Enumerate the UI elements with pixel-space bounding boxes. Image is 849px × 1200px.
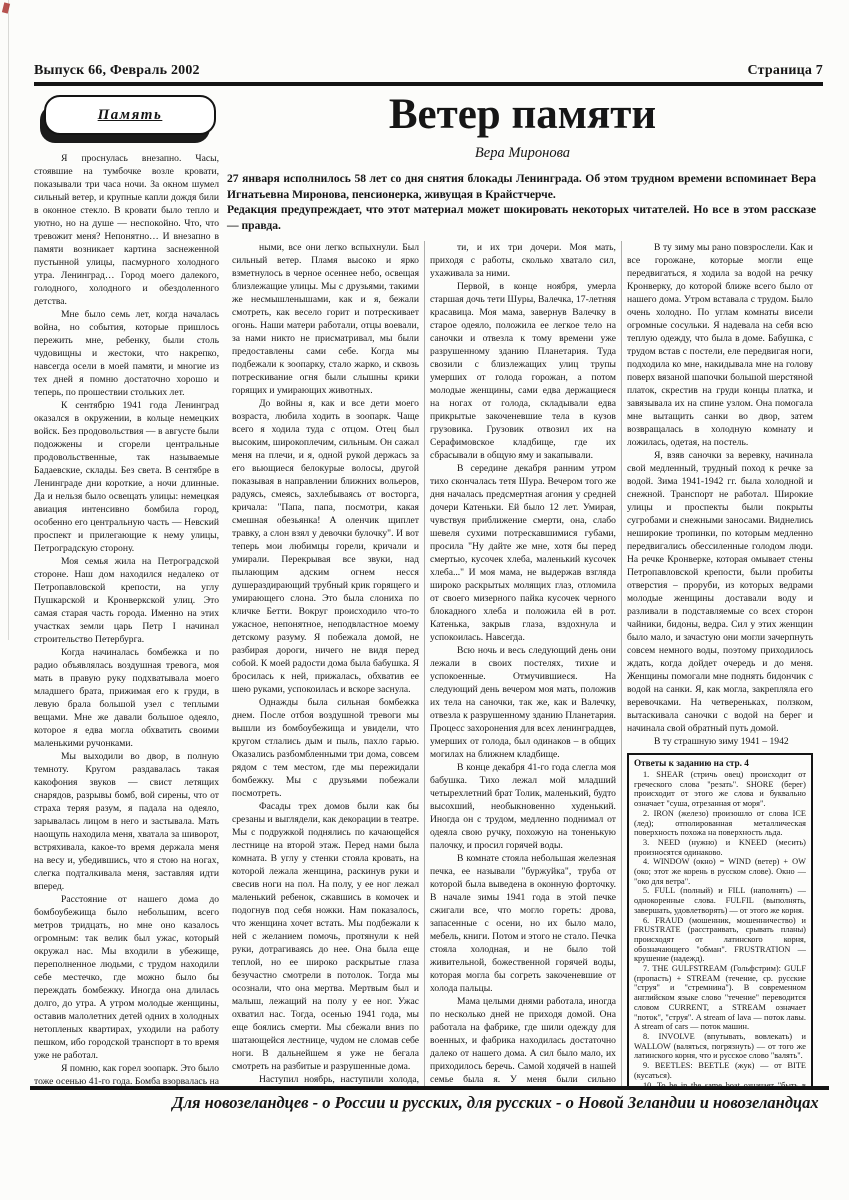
paragraph: Первой, в конце ноября, умерла старшая д… (430, 280, 616, 462)
paragraph: В середине декабря ранним утром тихо ско… (430, 462, 616, 644)
issue-label: Выпуск 66, Февраль 2002 (34, 63, 200, 79)
column-1: Память Я проснулась внезапно. Часы, стоя… (34, 92, 224, 1088)
paragraph: Мама целыми днями работала, иногда по не… (430, 995, 616, 1088)
paragraph: 1. SHEAR (стричь овец) происходит от гре… (634, 770, 806, 809)
body-columns: ными, все они легко вспыхнули. Был сильн… (227, 241, 818, 1088)
paragraph: 3. NEED (нужно) и KNEED (месить) произно… (634, 838, 806, 857)
paragraph: Мне было семь лет, когда началась война,… (34, 308, 219, 399)
paragraph: Фасады трех домов были как бы срезаны и … (232, 800, 419, 1073)
article-area: Ветер памяти Вера Миронова 27 января исп… (227, 92, 818, 1088)
answers-box: Ответы к заданию на стр. 4 1. SHEAR (стр… (627, 753, 813, 1088)
section-badge-label: Память (98, 107, 163, 124)
column-4: В ту зиму мы рано повзрослели. Как и все… (621, 241, 818, 1088)
article-byline: Вера Миронова (227, 145, 818, 162)
paragraph: ти, и их три дочери. Моя мать, приходя с… (430, 241, 616, 280)
paragraph: В ту страшную зиму 1941 – 1942 (627, 735, 813, 748)
paragraph: Я помню, как горел зоопарк. Это было тож… (34, 1062, 219, 1088)
paragraph: 4. WINDOW (окно) = WIND (ветер) + OW (ок… (634, 857, 806, 886)
newspaper-page: Выпуск 66, Февраль 2002 Страница 7 Памят… (0, 0, 849, 1200)
paragraph: К сентябрю 1941 года Ленинград оказался … (34, 399, 219, 555)
paragraph: 7. THE GULFSTREAM (Гольфстрим): GULF (пр… (634, 964, 806, 1032)
answers-box-title: Ответы к заданию на стр. 4 (634, 758, 806, 768)
paragraph: В конце декабря 41-го года слегла моя ба… (430, 761, 616, 852)
page-header: Выпуск 66, Февраль 2002 Страница 7 (34, 63, 823, 86)
page-content: Память Я проснулась внезапно. Часы, стоя… (34, 92, 818, 1088)
paragraph: 27 января исполнилось 58 лет со дня снят… (227, 171, 816, 202)
paragraph: 5. FULL (полный) и FILL (наполнять) — од… (634, 886, 806, 915)
paragraph: Я проснулась внезапно. Часы, стоявшие на… (34, 152, 219, 308)
page-number-label: Страница 7 (748, 63, 823, 79)
page-footer-slogan: Для новозеландцев - о России и русских, … (170, 1093, 821, 1113)
paragraph: 8. INVOLVE (впутывать, вовлекать) и WALL… (634, 1032, 806, 1061)
paragraph: Всю ночь и весь следующий день они лежал… (430, 644, 616, 761)
paragraph: Когда начиналась бомбежка и по радио объ… (34, 646, 219, 750)
article-title: Ветер памяти (227, 92, 818, 138)
answers-list: 1. SHEAR (стричь овец) происходит от гре… (634, 770, 806, 1088)
column-1-text: Я проснулась внезапно. Часы, стоявшие на… (34, 152, 219, 1088)
paragraph: 9. BEETLES: BEETLE (жук) — от BITE (куса… (634, 1061, 806, 1080)
paragraph: 6. FRAUD (мошенник, мошенничество) и FRU… (634, 916, 806, 965)
footer-rule (30, 1086, 829, 1090)
column-2: ными, все они легко вспыхнули. Был сильн… (227, 241, 424, 1088)
article-intro: 27 января исполнилось 58 лет со дня снят… (227, 171, 816, 233)
section-badge: Память (44, 95, 216, 135)
paragraph: 2. IRON (железо) произошло от слова ICE … (634, 809, 806, 838)
column-4-text: В ту зиму мы рано повзрослели. Как и все… (627, 241, 813, 748)
paragraph: ными, все они легко вспыхнули. Был сильн… (232, 241, 419, 397)
paragraph: Редакция предупреждает, что этот материа… (227, 202, 816, 233)
paragraph: Расстояние от нашего дома до бомбоубежищ… (34, 893, 219, 1062)
paragraph: Мы выходили во двор, в полную темноту. К… (34, 750, 219, 893)
paragraph: В комнате стояла небольшая железная печк… (430, 852, 616, 995)
paragraph: Однажды была сильная бомбежка днем. Посл… (232, 696, 419, 800)
paragraph: До войны я, как и все дети моего возраст… (232, 397, 419, 696)
column-3: ти, и их три дочери. Моя мать, приходя с… (424, 241, 621, 1088)
paragraph: Моя семья жила на Петроградской стороне.… (34, 555, 219, 646)
scan-fold-line (8, 0, 9, 640)
paragraph: Я, взяв саночки за веревку, начинала сво… (627, 449, 813, 735)
paragraph: В ту зиму мы рано повзрослели. Как и все… (627, 241, 813, 449)
